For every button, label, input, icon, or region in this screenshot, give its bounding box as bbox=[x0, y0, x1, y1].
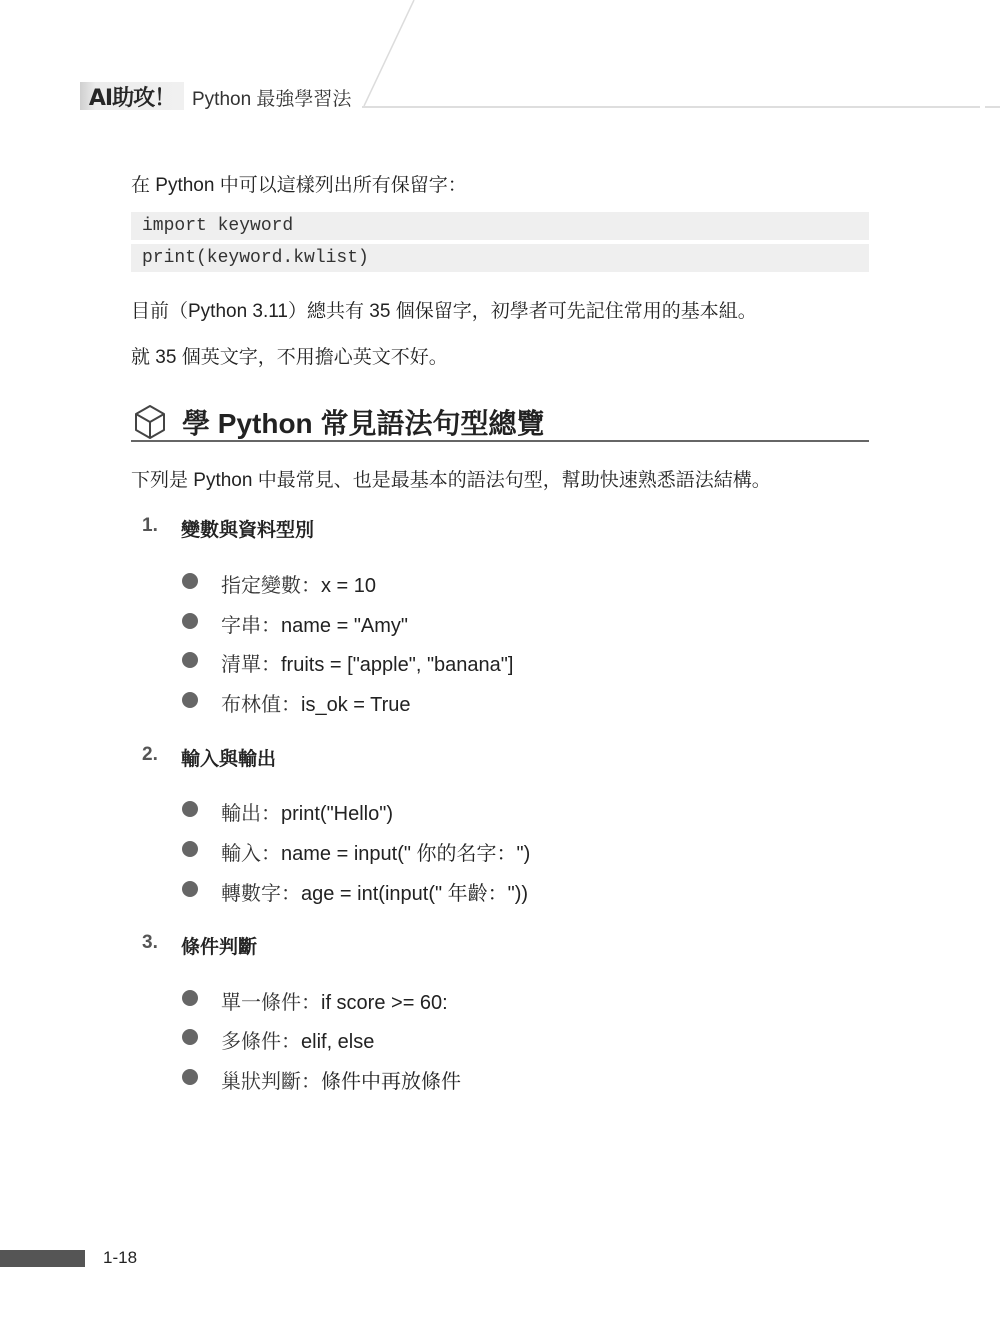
bullet-icon bbox=[182, 1029, 198, 1045]
list-item: 巢狀判斷：條件中再放條件 bbox=[221, 1065, 461, 1094]
bullet-icon bbox=[182, 613, 198, 629]
list-item: 清單：fruits = ["apple", "banana"] bbox=[221, 648, 513, 677]
page-number: 1-18 bbox=[103, 1248, 137, 1268]
cube-icon bbox=[133, 404, 167, 440]
bullet-icon bbox=[182, 990, 198, 1006]
list-item: 轉數字：age = int(input(" 年齡：")) bbox=[221, 877, 528, 906]
group-heading: 條件判斷 bbox=[181, 932, 257, 959]
bullet-icon bbox=[182, 1069, 198, 1085]
section-rule bbox=[131, 440, 869, 442]
bullet-icon bbox=[182, 881, 198, 897]
book-title: Python 最強學習法 bbox=[192, 84, 351, 111]
list-item: 布林值：is_ok = True bbox=[221, 688, 411, 717]
list-item: 指定變數：x = 10 bbox=[221, 569, 376, 598]
list-item: 多條件：elif, else bbox=[221, 1025, 374, 1054]
bullet-icon bbox=[182, 801, 198, 817]
header-diagonal-line bbox=[362, 0, 422, 108]
list-item: 字串：name = "Amy" bbox=[221, 609, 408, 638]
code-line-2: print(keyword.kwlist) bbox=[131, 244, 869, 272]
bullet-icon bbox=[182, 573, 198, 589]
group-number: 2. bbox=[142, 744, 158, 766]
list-item: 輸出：print("Hello") bbox=[221, 797, 393, 826]
list-item: 單一條件：if score >= 60: bbox=[221, 986, 448, 1015]
group-number: 1. bbox=[142, 515, 158, 537]
intro-line-2: 目前（Python 3.11）總共有 35 個保留字，初學者可先記住常用的基本組… bbox=[131, 296, 757, 323]
section-description: 下列是 Python 中最常見、也是最基本的語法句型，幫助快速熟悉語法結構。 bbox=[131, 465, 771, 492]
footer-bar bbox=[0, 1250, 85, 1267]
list-item: 輸入：name = input(" 你的名字：") bbox=[221, 837, 530, 866]
header-rule-end bbox=[985, 106, 1000, 108]
code-line-1: import keyword bbox=[131, 212, 869, 240]
intro-line-3: 就 35 個英文字，不用擔心英文不好。 bbox=[131, 342, 448, 369]
section-title: 學 Python 常見語法句型總覽 bbox=[182, 402, 544, 442]
group-heading: 變數與資料型別 bbox=[181, 515, 314, 542]
bullet-icon bbox=[182, 841, 198, 857]
bullet-icon bbox=[182, 652, 198, 668]
book-series-badge: AI助攻！ bbox=[80, 82, 184, 110]
group-number: 3. bbox=[142, 932, 158, 954]
intro-line-1: 在 Python 中可以這樣列出所有保留字： bbox=[131, 170, 467, 197]
group-heading: 輸入與輸出 bbox=[181, 744, 276, 771]
header-rule bbox=[362, 106, 980, 108]
bullet-icon bbox=[182, 692, 198, 708]
